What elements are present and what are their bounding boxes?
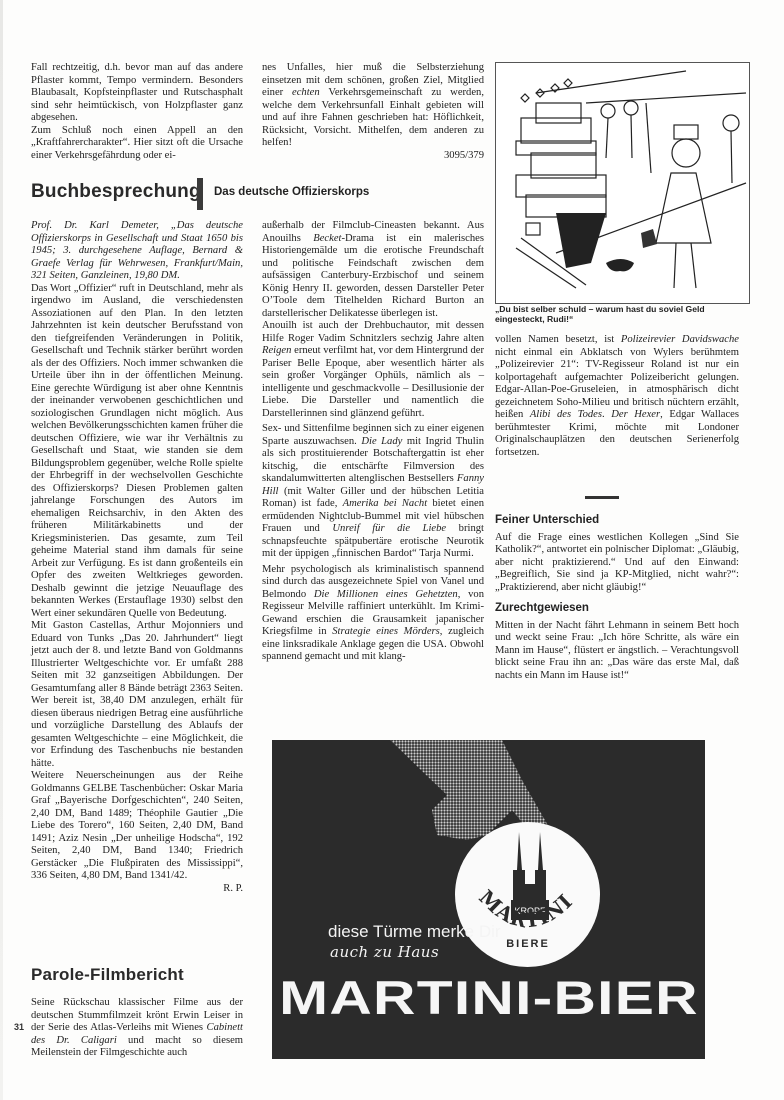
ad-slogan: diese Türme merke Dir <box>328 922 501 942</box>
film-title: Reigen <box>262 345 291 356</box>
book-review-column: Prof. Dr. Karl Demeter, „Das deutsche Of… <box>31 220 243 895</box>
page-number: 31 <box>14 1022 24 1032</box>
film-paragraph: Seine Rückschau klassischer Filme aus de… <box>31 997 243 1060</box>
page-edge-shadow <box>0 0 3 1100</box>
film-title: Die Lady <box>361 436 402 447</box>
ad-brand-name: MARTINI-BIER <box>272 970 705 1025</box>
film-paragraph: vollen Namen besetzt, ist Polizeirevier … <box>495 334 739 459</box>
joke-heading: Feiner Unterschied <box>495 514 739 527</box>
emphasis: echten <box>292 87 320 98</box>
film-paragraph: Sex- und Sittenfilme beginnen sich zu ei… <box>262 423 484 561</box>
intro-paragraph: Zum Schluß noch einen Appell an den „Kra… <box>31 125 243 163</box>
heading-separator-bar <box>197 178 203 210</box>
film-title: Polizeirevier Davidswache <box>621 334 739 345</box>
ad-script-line: auch zu Haus <box>330 943 439 961</box>
cartoon-caption: „Du bist selber schuld – warum hast du s… <box>495 305 753 324</box>
intro-paragraph: nes Unfalles, hier muß die Selbsterziehu… <box>262 62 484 150</box>
text-run: -Drama ist ein malerisches Historiengemä… <box>262 233 484 319</box>
section-divider <box>585 496 619 499</box>
film-title: Unreif für die Liebe <box>332 523 446 534</box>
joke-heading: Zurechtgewiesen <box>495 602 739 615</box>
film-paragraph: Mehr psychologisch als kriminalistisch s… <box>262 564 484 664</box>
review-paragraph: Mit Gaston Castellas, Arthur Mojonniers … <box>31 620 243 770</box>
film-title: Der Hexer <box>611 409 660 420</box>
film-title: Becket <box>313 233 341 244</box>
badge-bottom-text: BIERE <box>506 938 550 950</box>
section-heading-parole-filmbericht: Parole-Filmbericht <box>31 965 184 985</box>
text-run: . <box>602 409 611 420</box>
text-run: erneut verfilmt hat, vor dem Hintergrund… <box>262 345 484 419</box>
film-title: Die Millionen eines Gehetzten <box>314 589 458 600</box>
text-run: vollen Namen besetzt, ist <box>495 334 621 345</box>
text-run: Anouilh ist auch der Drehbuchautor, mit … <box>262 320 484 344</box>
joke-text: Mitten in der Nacht fährt Lehmann in sei… <box>495 620 739 683</box>
citation-text: Prof. Dr. Karl Demeter, „Das deutsche Of… <box>31 220 243 281</box>
review-paragraph: Weitere Neuerscheinungen aus der Reihe G… <box>31 770 243 883</box>
jokes-column: Feiner Unterschied Auf die Frage eines w… <box>495 508 739 682</box>
film-report-continuation: vollen Namen besetzt, ist Polizeirevier … <box>495 334 739 459</box>
review-paragraph: Das Wort „Offizier“ ruft in Deutschland,… <box>31 283 243 621</box>
book-citation: Prof. Dr. Karl Demeter, „Das deutsche Of… <box>31 220 243 283</box>
film-report-opening: Seine Rückschau klassischer Filme aus de… <box>31 997 243 1060</box>
film-paragraph: außerhalb der Filmclub-Cineasten bekannt… <box>262 220 484 320</box>
film-report-middle-column: außerhalb der Filmclub-Cineasten bekannt… <box>262 220 484 664</box>
cartoon-illustration <box>495 62 750 304</box>
intro-signature: 3095/379 <box>262 150 484 163</box>
intro-left-column: Fall rechtzeitig, d.h. bevor man auf das… <box>31 62 243 162</box>
cathedral-towers-icon: KROPF MARTINI BIERE <box>455 822 600 967</box>
film-title: Alibi des Todes <box>530 409 602 420</box>
film-title: Strategie eines Mörders <box>332 626 440 637</box>
intro-right-column: nes Unfalles, hier muß die Selbsterziehu… <box>262 62 484 162</box>
martini-bier-advertisement: KROPF MARTINI BIERE diese Türme merke Di… <box>272 740 705 1059</box>
intro-paragraph: Fall rechtzeitig, d.h. bevor man auf das… <box>31 62 243 125</box>
cartoon-drawing-icon <box>496 63 749 303</box>
section-subheading: Das deutsche Offizierskorps <box>214 186 369 198</box>
section-heading-buchbesprechung: Buchbesprechung <box>31 181 201 203</box>
kropf-martini-badge: KROPF MARTINI BIERE <box>455 822 600 967</box>
film-paragraph: Anouilh ist auch der Drehbuchautor, mit … <box>262 320 484 420</box>
film-title: Amerika bei Nacht <box>343 498 428 509</box>
review-signature: R. P. <box>31 883 243 896</box>
joke-text: Auf die Frage eines westlichen Kollegen … <box>495 532 739 595</box>
text-run: Weitere Neuerscheinungen aus der Reihe G… <box>31 770 243 881</box>
